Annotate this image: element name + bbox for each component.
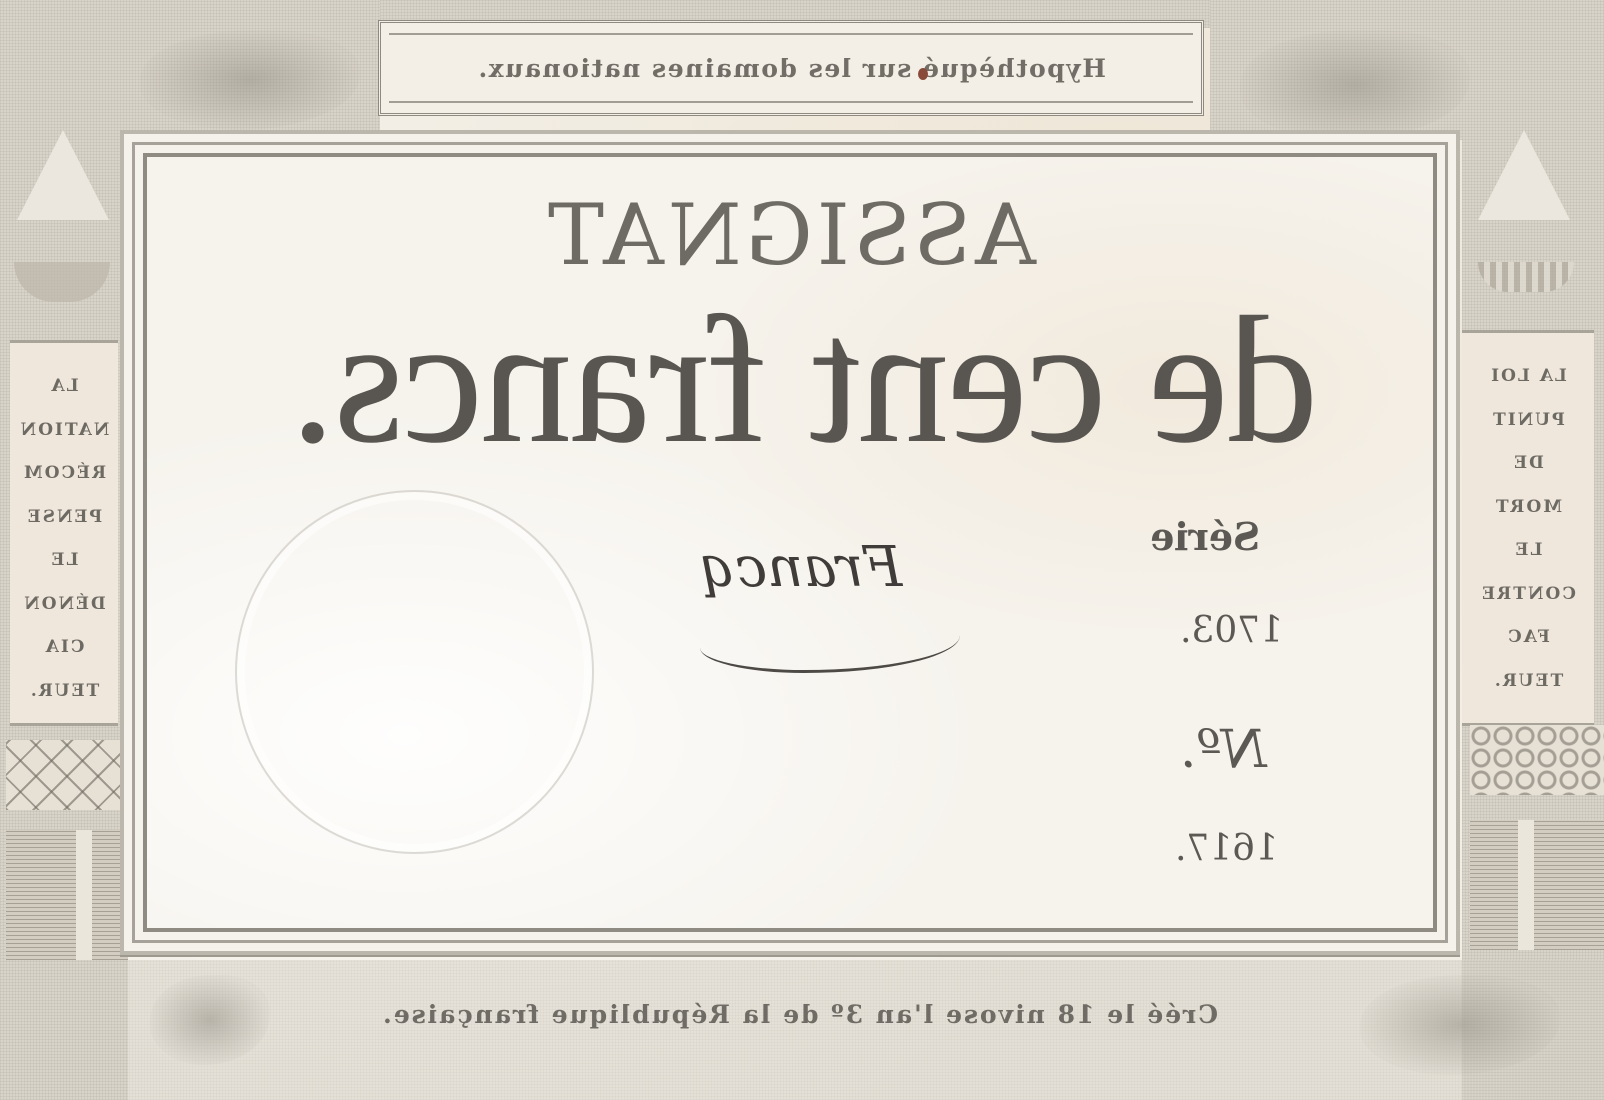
number-label: Nº. (1180, 720, 1266, 780)
pyramid-ornament-icon (17, 130, 109, 220)
right-motto-panel: LA LOI PUNIT DE MORT LE CONTRE FAC TEUR. (1462, 330, 1594, 726)
header-text: Hypothèqué sur les domaines nationaux. (477, 54, 1106, 83)
column-ornament (6, 830, 128, 960)
serie-number: 1703. (1180, 610, 1283, 651)
lattice-ornament (6, 740, 128, 810)
embossed-seal (235, 490, 594, 854)
circle-pattern-ornament (1470, 725, 1604, 795)
garland-ornament-icon (1478, 262, 1574, 292)
left-motto-text: LA NATION RÉCOM PENSE LE DÉNON CIA TEUR. (10, 365, 118, 713)
note-title: ASSIGNAT (470, 193, 1110, 277)
banknote: LA NATION RÉCOM PENSE LE DÉNON CIA TEUR.… (0, 0, 1604, 1100)
column-ornament (1470, 820, 1604, 950)
serie-label: Série (1150, 514, 1260, 559)
right-motto-text: LA LOI PUNIT DE MORT LE CONTRE FAC TEUR. (1462, 355, 1594, 703)
left-motto-panel: LA NATION RÉCOM PENSE LE DÉNON CIA TEUR. (10, 340, 118, 726)
signature: Francq (700, 535, 902, 600)
pyramid-ornament-icon (1478, 130, 1570, 220)
ink-stain (918, 68, 928, 80)
note-denomination: de cent francs. (190, 290, 1420, 472)
header-box: Hypothèqué sur les domaines nationaux. (378, 20, 1204, 116)
number-value: 1617. (1175, 828, 1278, 869)
footer: Créé le 18 nivose l'an 3º de la Républiq… (250, 1000, 1350, 1029)
bottom-rule (120, 955, 1460, 957)
